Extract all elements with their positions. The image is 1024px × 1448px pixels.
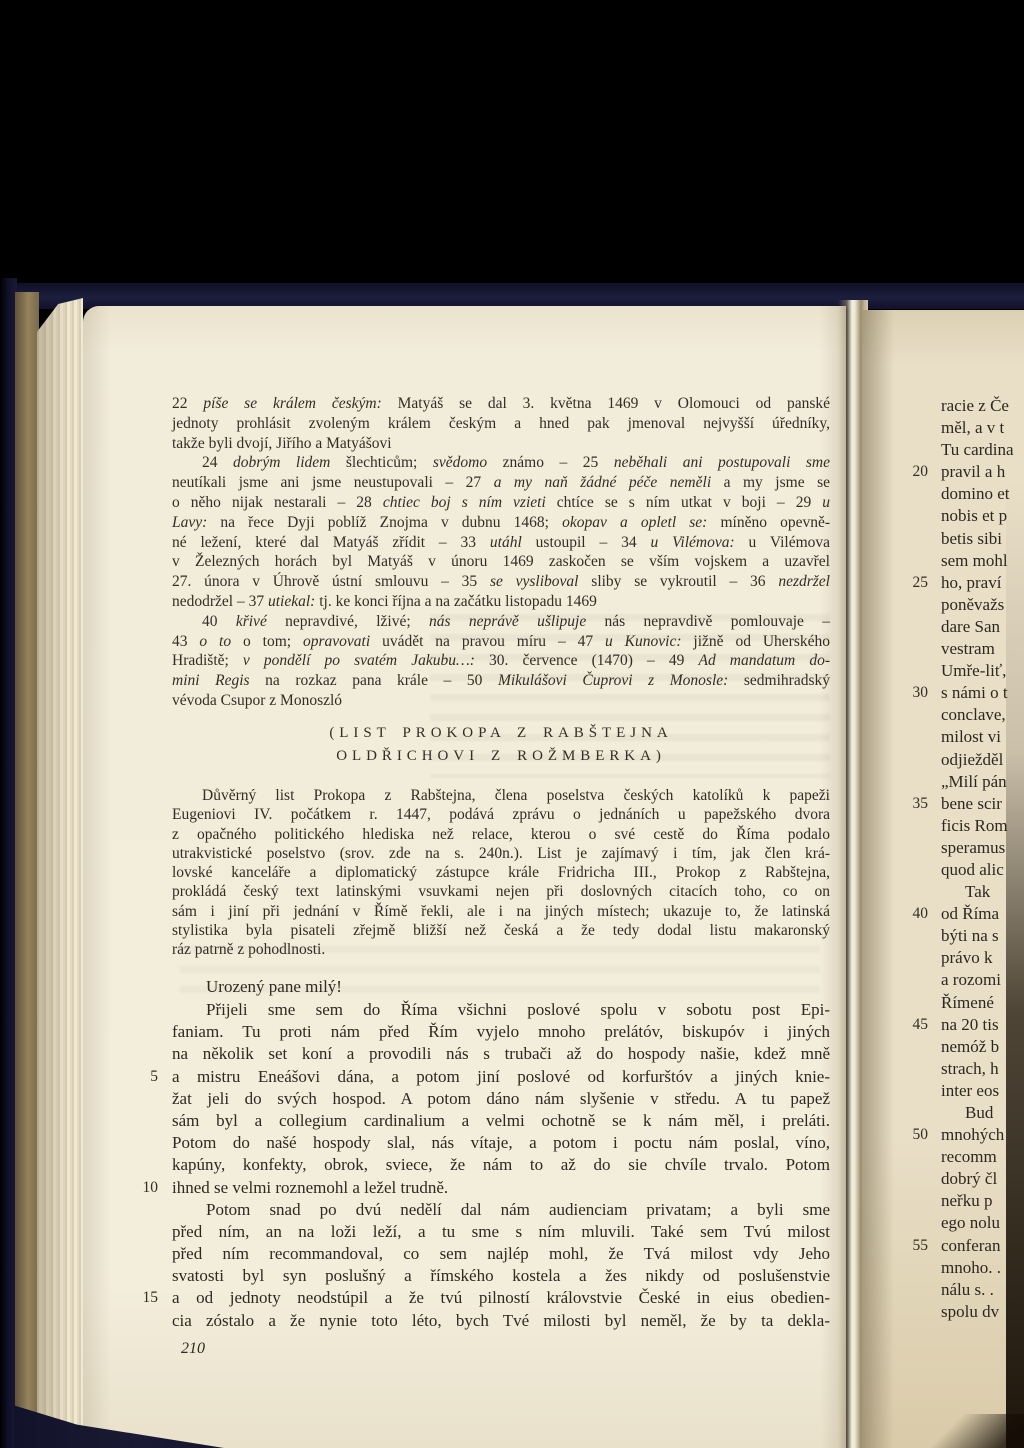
text-line: sem mohl bbox=[862, 550, 1024, 572]
text-line: „Milí pán bbox=[862, 771, 1024, 793]
letter-body-block: Přijeli sme sem do Říma všichni poslové … bbox=[172, 999, 830, 1332]
text-line: nemóž b bbox=[862, 1036, 1024, 1058]
text-line: býti na s bbox=[862, 925, 1024, 947]
line-number: 45 bbox=[862, 1014, 928, 1036]
line-number: 30 bbox=[862, 682, 928, 704]
text-line: mini Regis na rozkaz pana krále – 50 Mik… bbox=[172, 671, 830, 691]
line-number: 35 bbox=[862, 793, 928, 815]
text-line: nobis et p bbox=[862, 505, 1024, 527]
text-line: 27. února v Úhrově ústní smlouvu – 35 se… bbox=[172, 572, 830, 592]
photo-edge-shadow bbox=[1006, 480, 1024, 1448]
photo-corner-shadow bbox=[900, 1414, 1024, 1448]
text-line: lovské kanceláře a diplomatický zástupce… bbox=[172, 863, 830, 882]
heading-line: (LIST PROKOPA Z RABŠTEJNA bbox=[172, 722, 830, 745]
text-line: domino et bbox=[862, 483, 1024, 505]
text-line: poněvažs bbox=[862, 594, 1024, 616]
text-line: Umře-liť, bbox=[862, 660, 1024, 682]
line-number: 50 bbox=[862, 1124, 928, 1146]
text-line: dare San bbox=[862, 616, 1024, 638]
text-line: Hradiště; v pondělí po svatém Jakubu…: 3… bbox=[172, 651, 830, 671]
line-number: 15 bbox=[110, 1287, 158, 1309]
text-line: 50mnohých bbox=[862, 1124, 1024, 1146]
text-line: jednoty prohlásit zvoleným králem českým… bbox=[172, 414, 830, 434]
text-line: z opačného politického hlediska než rela… bbox=[172, 825, 830, 844]
text-line: prokládá český text latinskými vsuvkami … bbox=[172, 882, 830, 901]
line-number: 10 bbox=[110, 1177, 158, 1199]
text-line: 35bene scir bbox=[862, 793, 1024, 815]
text-line: recomm bbox=[862, 1146, 1024, 1168]
text-line: Eugeniovi IV. počátkem r. 1447, podává z… bbox=[172, 805, 830, 824]
line-number: 20 bbox=[862, 461, 928, 483]
text-line: speramus bbox=[862, 837, 1024, 859]
text-line: a rozomi bbox=[862, 969, 1024, 991]
text-line: faniam. Tu proti nám před Řím vyjelo mno… bbox=[172, 1021, 830, 1043]
text-line: né ležení, které dal Matyáš zřídit – 33 … bbox=[172, 533, 830, 553]
text-line: sám i jiní při jednání v Římě řekli, ale… bbox=[172, 902, 830, 921]
text-line: dobrý čl bbox=[862, 1168, 1024, 1190]
line-number: 55 bbox=[862, 1235, 928, 1257]
book-photo: 22 píše se králem českým: Matyáš se dal … bbox=[0, 0, 1024, 1448]
text-line: ficis Rom bbox=[862, 815, 1024, 837]
text-line: svatosti byl syn poslušný a římského kos… bbox=[172, 1265, 830, 1287]
salutation-line: Urozený pane milý! bbox=[206, 977, 830, 997]
text-line: ráz patrně z pohodlnosti. bbox=[172, 940, 830, 959]
text-line: betis sibi bbox=[862, 528, 1024, 550]
text-line: vévoda Csupor z Monoszló bbox=[172, 691, 830, 711]
text-line: Římené bbox=[862, 992, 1024, 1014]
text-line: 10ihned se velmi roznemohl a ležel trudn… bbox=[172, 1177, 830, 1199]
text-line: nálu s. . bbox=[862, 1279, 1024, 1301]
text-line: žat jeli do svých hospod. A potom dáno n… bbox=[172, 1088, 830, 1110]
page-block-edges bbox=[37, 298, 83, 1448]
text-line: před ním, an na loži leží, a tu sme s ní… bbox=[172, 1221, 830, 1243]
text-line: v Železných horách byl Matyáš v únoru 14… bbox=[172, 552, 830, 572]
text-line: před ním recommandoval, co sem najlép mo… bbox=[172, 1243, 830, 1265]
text-line: 22 píše se králem českým: Matyáš se dal … bbox=[172, 394, 830, 414]
text-line: na několik set koní a provodili nás s tr… bbox=[172, 1043, 830, 1065]
apparatus-notes-block: 22 píše se králem českým: Matyáš se dal … bbox=[172, 394, 830, 711]
text-line: 15a od jednoty neodstúpil a že tvú pilno… bbox=[172, 1287, 830, 1309]
text-line: odjiežděl bbox=[862, 749, 1024, 771]
text-line: stylistika byla pisateli zřejmě bližší n… bbox=[172, 921, 830, 940]
text-line: cia zóstalo a že nynie toto léto, bych T… bbox=[172, 1310, 830, 1332]
text-line: 55conferan bbox=[862, 1235, 1024, 1257]
text-line: 5a mistru Eneášovi dána, a potom jiní po… bbox=[172, 1066, 830, 1088]
letter-heading: (LIST PROKOPA Z RABŠTEJNA OLDŘICHOVI Z R… bbox=[172, 722, 830, 768]
text-line: Lavy: na řece Dyji poblíž Znojma v dubnu… bbox=[172, 513, 830, 533]
text-line: Bud bbox=[862, 1102, 1024, 1124]
text-line: sám byl a collegium cardinalium a velmi … bbox=[172, 1110, 830, 1132]
text-line: Tu cardina bbox=[862, 439, 1024, 461]
text-line: milost vi bbox=[862, 726, 1024, 748]
text-line: conclave, bbox=[862, 704, 1024, 726]
text-line: mnoho. . bbox=[862, 1257, 1024, 1279]
text-line: utrakvistické poselstvo (srov. zde na s.… bbox=[172, 844, 830, 863]
text-line: 40 křivé nepravdivé, lživé; nás neprávě … bbox=[172, 612, 830, 632]
text-line: Tak bbox=[862, 881, 1024, 903]
text-line: o něho nijak nestarali – 28 chtiec boj s… bbox=[172, 493, 830, 513]
book-board-edge bbox=[15, 292, 39, 1448]
text-line: spolu dv bbox=[862, 1301, 1024, 1323]
text-line: 45na 20 tis bbox=[862, 1014, 1024, 1036]
facing-page-text-block: racie z Čeměl, a v tTu cardina20pravil a… bbox=[862, 395, 1024, 1323]
text-line: inter eos bbox=[862, 1080, 1024, 1102]
text-line: 40od Říma bbox=[862, 903, 1024, 925]
text-line: vestram bbox=[862, 638, 1024, 660]
heading-line: OLDŘICHOVI Z ROŽMBERKA) bbox=[172, 745, 830, 768]
text-line: kapúny, konfekty, obrok, sviece, že nám … bbox=[172, 1154, 830, 1176]
page-number: 210 bbox=[181, 1340, 205, 1358]
text-line: strach, h bbox=[862, 1058, 1024, 1080]
text-line: 30s námi o t bbox=[862, 682, 1024, 704]
text-line: racie z Če bbox=[862, 395, 1024, 417]
text-line: takže byli dvojí, Jiřího a Matyášovi bbox=[172, 434, 830, 454]
text-line: Potom snad po dvú nedělí dal nám audienc… bbox=[172, 1199, 830, 1221]
line-number: 5 bbox=[110, 1066, 158, 1088]
text-line: Potom do našé hospody slal, nás vítaje, … bbox=[172, 1132, 830, 1154]
text-line: měl, a v t bbox=[862, 417, 1024, 439]
text-line: 24 dobrým lidem šlechticům; svědomo znám… bbox=[172, 453, 830, 473]
line-number: 40 bbox=[862, 903, 928, 925]
text-line: neutíkali jsme ani jsme neustupovali – 2… bbox=[172, 473, 830, 493]
text-line: neřku p bbox=[862, 1190, 1024, 1212]
text-line: ego nolu bbox=[862, 1212, 1024, 1234]
text-line: 43 o to o tom; opravovati uvádět na prav… bbox=[172, 632, 830, 652]
text-line: nedodržel – 37 utiekal: tj. ke konci říj… bbox=[172, 592, 830, 612]
text-line: Důvěrný list Prokopa z Rabštejna, člena … bbox=[172, 786, 830, 805]
text-line: 25ho, praví bbox=[862, 572, 1024, 594]
text-line: quod alic bbox=[862, 859, 1024, 881]
editorial-intro-block: Důvěrný list Prokopa z Rabštejna, člena … bbox=[172, 786, 830, 960]
text-line: 20pravil a h bbox=[862, 461, 1024, 483]
text-line: Přijeli sme sem do Říma všichni poslové … bbox=[172, 999, 830, 1021]
line-number: 25 bbox=[862, 572, 928, 594]
text-line: právo k bbox=[862, 947, 1024, 969]
